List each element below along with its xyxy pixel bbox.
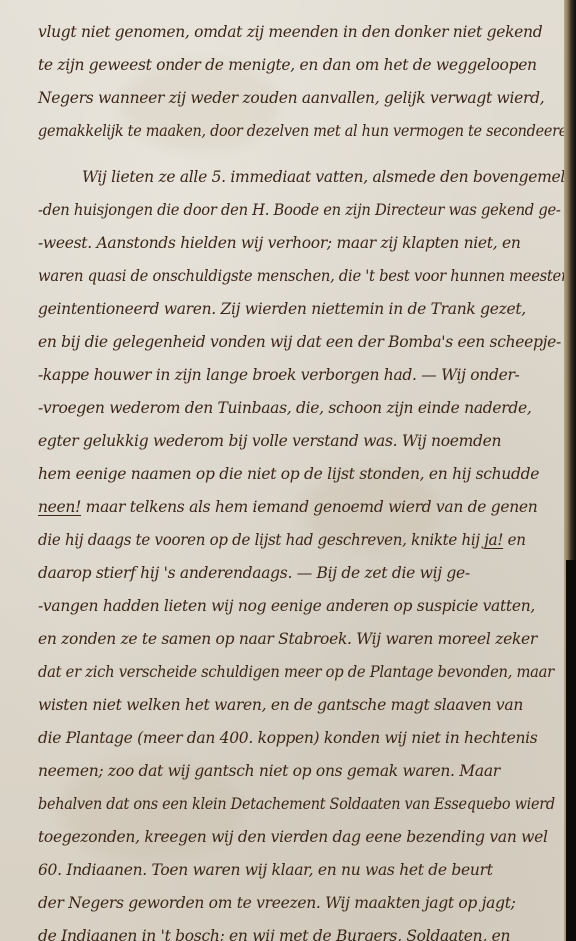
manuscript-line-6: -den huisjongen die door den H. Boode en… (38, 200, 561, 220)
manuscript-line-25: toegezonden, kreegen wij den vierden dag… (38, 827, 548, 847)
manuscript-line-1: vlugt niet genomen, omdat zij meenden in… (38, 22, 542, 42)
manuscript-line-3: Negers wanneer zij weder zouden aanvalle… (38, 88, 544, 108)
underlined-word: neen! (38, 498, 81, 516)
manuscript-line-27: der Negers geworden om te vreezen. Wij m… (38, 893, 516, 913)
manuscript-line-12: -vroegen wederom den Tuinbaas, die, scho… (38, 398, 532, 418)
manuscript-line-22: die Plantage (meer dan 400. koppen) kond… (38, 728, 537, 748)
manuscript-line-10: en bij die gelegenheid vonden wij dat ee… (38, 332, 561, 352)
manuscript-line-16: die hij daags te vooren op de lijst had … (38, 530, 526, 550)
manuscript-line-7: -weest. Aanstonds hielden wij verhoor; m… (38, 233, 521, 253)
manuscript-line-9: geintentioneerd waren. Zij wierden niett… (38, 299, 526, 319)
page-binding-shadow (566, 560, 576, 941)
manuscript-line-23: neemen; zoo dat wij gantsch niet op ons … (38, 761, 500, 781)
manuscript-line-5: Wij lieten ze alle 5. immediaat vatten, … (82, 167, 570, 187)
manuscript-line-24: behalven dat ons een klein Detachement S… (38, 794, 555, 814)
manuscript-line-20: dat er zich verscheide schuldigen meer o… (38, 662, 554, 682)
manuscript-line-11: -kappe houwer in zijn lange broek verbor… (38, 365, 520, 385)
manuscript-line-26: 60. Indiaanen. Toen waren wij klaar, en … (38, 860, 493, 880)
underlined-word: ja! (484, 531, 503, 549)
manuscript-line-4: gemakkelijk te maaken, door dezelven met… (38, 121, 576, 141)
manuscript-line-2: te zijn geweest onder de menigte, en dan… (38, 55, 537, 75)
manuscript-line-13: egter gelukkig wederom bij volle verstan… (38, 431, 501, 451)
manuscript-line-28: de Indiaanen in 't bosch; en wij met de … (38, 926, 510, 941)
manuscript-line-17: daarop stierf hij 's anderendaags. — Bij… (38, 563, 470, 583)
manuscript-page: vlugt niet genomen, omdat zij meenden in… (0, 0, 576, 941)
manuscript-line-14: hem eenige naamen op die niet op de lijs… (38, 464, 539, 484)
manuscript-line-8: waren quasi de onschuldigste menschen, d… (38, 266, 568, 286)
manuscript-line-19: en zonden ze te samen op naar Stabroek. … (38, 629, 537, 649)
manuscript-line-21: wisten niet welken het waren, en de gant… (38, 695, 523, 715)
manuscript-line-18: -vangen hadden lieten wij nog eenige and… (38, 596, 535, 616)
manuscript-line-15: neen! maar telkens als hem iemand genoem… (38, 497, 538, 517)
